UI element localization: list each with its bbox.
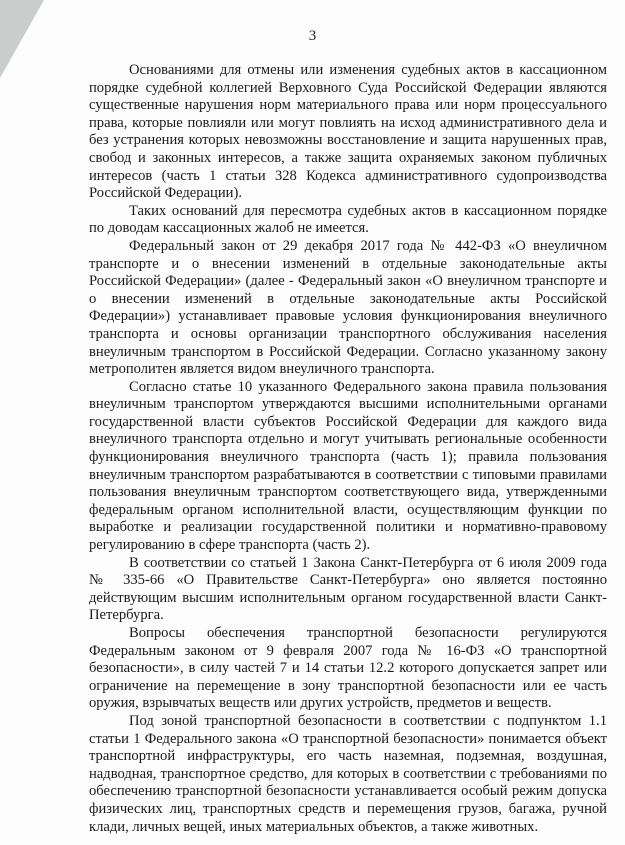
- paragraph: Под зоной транспортной безопасности в со…: [89, 713, 607, 836]
- paragraph: Согласно статье 10 указанного Федерально…: [89, 379, 607, 555]
- paragraph: Таких оснований для пересмотра судебных …: [89, 203, 607, 238]
- page-number: 3: [0, 28, 625, 45]
- document-body: Основаниями для отмены или изменения суд…: [89, 62, 607, 836]
- paragraph: Вопросы обеспечения транспортной безопас…: [89, 625, 607, 713]
- paragraph: Основаниями для отмены или изменения суд…: [89, 62, 607, 203]
- paragraph: Федеральный закон от 29 декабря 2017 год…: [89, 238, 607, 379]
- paragraph: В соответствии со статьей 1 Закона Санкт…: [89, 555, 607, 625]
